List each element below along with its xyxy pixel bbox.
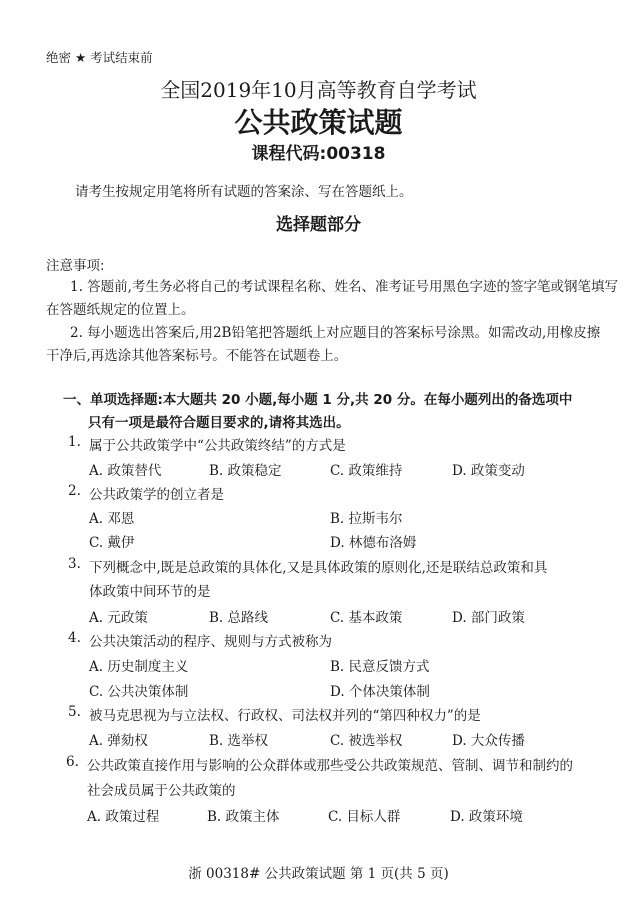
question-1-option-b: B. 政策稳定 bbox=[209, 459, 282, 479]
page-footer: 浙 00318# 公共政策试题 第 1 页(共 5 页) bbox=[0, 862, 637, 882]
question-2-text: 公共政策学的创立者是 bbox=[89, 483, 224, 503]
question-6-option-d: D. 政策环境 bbox=[450, 805, 523, 825]
question-1-number: 1. bbox=[68, 434, 81, 450]
question-2-option-c: C. 戴伊 bbox=[89, 531, 134, 551]
question-4-option-d: D. 个体决策体制 bbox=[330, 680, 430, 700]
question-3-text-cont: 体政策中间环节的是 bbox=[89, 580, 211, 600]
part-one-heading-line-1: 一、单项选择题:本大题共 20 小题,每小题 1 分,共 20 分。在每小题列出… bbox=[63, 388, 572, 408]
note-1-line-2: 在答题纸规定的位置上。 bbox=[46, 298, 195, 318]
note-2-line-1: 2. 每小题选出答案后,用2B铅笔把答题纸上对应题目的答案标号涂黑。如需改动,用… bbox=[70, 321, 600, 341]
question-1-option-a: A. 政策替代 bbox=[89, 459, 161, 479]
question-2-number: 2. bbox=[68, 483, 81, 499]
question-5-option-a: A. 弹劾权 bbox=[89, 729, 148, 749]
question-5-text: 被马克思视为与立法权、行政权、司法权并列的“第四种权力”的是 bbox=[89, 704, 481, 724]
question-1-text: 属于公共政策学中“公共政策终结”的方式是 bbox=[89, 434, 346, 454]
question-6-option-a: A. 政策过程 bbox=[87, 805, 159, 825]
question-2-option-d: D. 林德布洛姆 bbox=[330, 531, 416, 551]
answer-instruction: 请考生按规定用笔将所有试题的答案涂、写在答题纸上。 bbox=[75, 180, 413, 200]
confidential-label: 绝密 ★ 考试结束前 bbox=[46, 48, 153, 66]
question-1-option-d: D. 政策变动 bbox=[452, 459, 525, 479]
question-3-option-b: B. 总路线 bbox=[209, 606, 268, 626]
question-4-option-b: B. 民意反馈方式 bbox=[330, 655, 430, 675]
section-title: 选择题部分 bbox=[0, 210, 637, 235]
exam-title: 全国2019年10月高等教育自学考试 bbox=[0, 74, 637, 103]
question-6-text-cont: 社会成员属于公共政策的 bbox=[87, 779, 236, 799]
note-1-line-1: 1. 答题前,考生务必将自己的考试课程名称、姓名、准考证号用黑色字迹的签字笔或钢… bbox=[70, 275, 618, 295]
notes-title: 注意事项: bbox=[46, 254, 105, 274]
question-4-text: 公共决策活动的程序、规则与方式被称为 bbox=[89, 630, 332, 650]
question-3-text: 下列概念中,既是总政策的具体化,又是具体政策的原则化,还是联结总政策和具 bbox=[89, 556, 547, 576]
question-3-option-d: D. 部门政策 bbox=[452, 606, 525, 626]
question-4-option-a: A. 历史制度主义 bbox=[89, 655, 188, 675]
question-1-option-c: C. 政策维持 bbox=[330, 459, 402, 479]
part-one-heading-line-2: 只有一项是最符合题目要求的,请将其选出。 bbox=[88, 411, 350, 431]
question-3-option-a: A. 元政策 bbox=[89, 606, 148, 626]
question-6-option-b: B. 政策主体 bbox=[207, 805, 280, 825]
question-3-number: 3. bbox=[68, 556, 81, 572]
question-2-option-a: A. 邓恩 bbox=[89, 507, 134, 527]
question-5-option-d: D. 大众传播 bbox=[452, 729, 525, 749]
question-2-option-b: B. 拉斯韦尔 bbox=[330, 507, 403, 527]
question-5-number: 5. bbox=[68, 704, 81, 720]
question-3-option-c: C. 基本政策 bbox=[330, 606, 402, 626]
question-5-option-c: C. 被选举权 bbox=[330, 729, 402, 749]
question-6-number: 6. bbox=[66, 754, 79, 770]
question-4-number: 4. bbox=[68, 630, 81, 646]
note-2-line-2: 干净后,再选涂其他答案标号。不能答在试题卷上。 bbox=[46, 344, 347, 364]
subject-title: 公共政策试题 bbox=[0, 101, 637, 141]
question-6-text: 公共政策直接作用与影响的公众群体或那些受公共政策规范、管制、调节和制约的 bbox=[87, 754, 573, 774]
course-code: 课程代码:00318 bbox=[0, 139, 637, 164]
question-5-option-b: B. 选举权 bbox=[209, 729, 268, 749]
question-6-option-c: C. 目标人群 bbox=[328, 805, 400, 825]
question-4-option-c: C. 公共决策体制 bbox=[89, 680, 188, 700]
